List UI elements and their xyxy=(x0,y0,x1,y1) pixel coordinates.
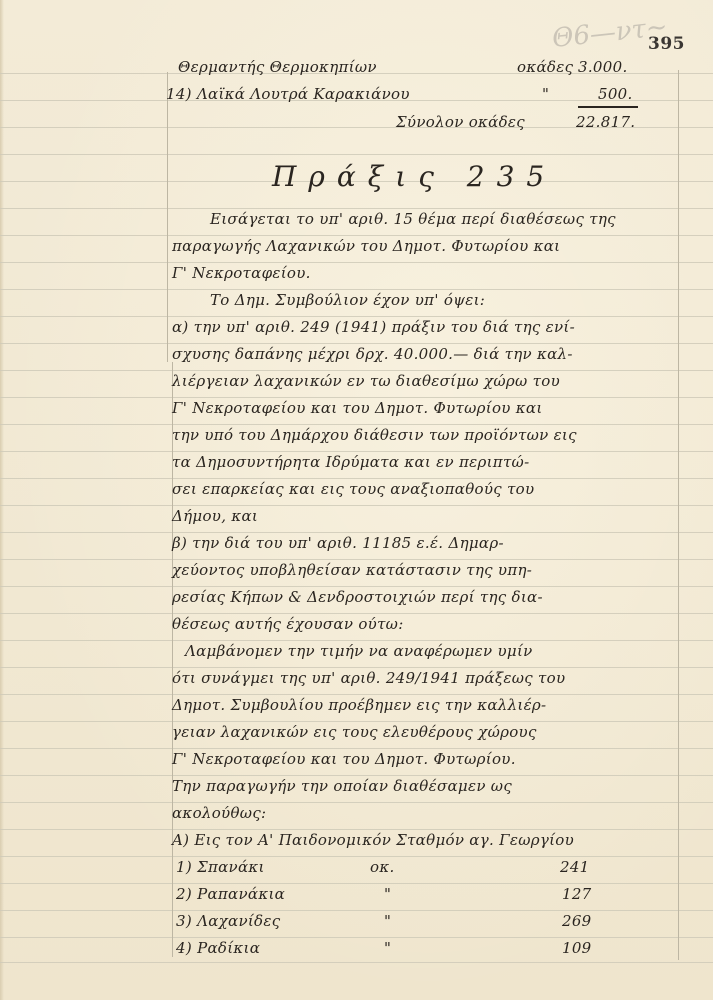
ruled-line xyxy=(0,802,713,803)
body-line: Γ' Νεκροταφείου και του Δημοτ. Φυτωρίου. xyxy=(172,750,516,768)
left-margin-line xyxy=(172,362,173,957)
list-item-label: 14) Λαϊκά Λουτρά Καρακιάνου xyxy=(166,85,410,103)
body-line: λιέργειαν λαχανικών εν τω διαθεσίμω χώρω… xyxy=(172,372,560,390)
body-line: Α) Εις τον Α' Παιδονομικόν Σταθμόν αγ. Γ… xyxy=(172,831,574,849)
total-value: 22.817. xyxy=(576,113,635,131)
list-item-unit: " xyxy=(542,85,549,103)
table-cell-name: 2) Ραπανάκια xyxy=(176,885,285,903)
page-binding-edge xyxy=(0,0,4,1000)
table-cell-value: 127 xyxy=(562,885,592,903)
act-title: Πράξις 235 xyxy=(272,160,556,193)
table-cell-unit: " xyxy=(384,939,391,957)
table-cell-unit: " xyxy=(384,885,391,903)
ruled-line xyxy=(0,478,713,479)
body-line: σει επαρκείας και εις τους αναξιοπαθούς … xyxy=(172,480,534,498)
table-cell-name: 4) Ραδίκια xyxy=(176,939,260,957)
ruled-line xyxy=(0,910,713,911)
ruled-line xyxy=(0,586,713,587)
ruled-line xyxy=(0,208,713,209)
left-margin-line xyxy=(167,72,168,362)
ruled-line xyxy=(0,640,713,641)
body-line: Την παραγωγήν την οποίαν διαθέσαμεν ως xyxy=(172,777,512,795)
body-line: α) την υπ' αριθ. 249 (1941) πράξιν του δ… xyxy=(172,318,575,336)
ruled-line xyxy=(0,775,713,776)
ruled-line xyxy=(0,154,713,155)
ruled-line xyxy=(0,370,713,371)
list-item-label: Θερμαντής Θερμοκηπίων xyxy=(178,58,377,76)
ruled-line xyxy=(0,289,713,290)
ledger-page: Θ6—ντ~ 395 Θερμαντής Θερμοκηπίων οκάδες … xyxy=(0,0,713,1000)
body-line: Δημοτ. Συμβουλίου προέβημεν εις την καλλ… xyxy=(172,696,546,714)
right-margin-line xyxy=(678,70,679,960)
table-cell-name: 3) Λαχανίδες xyxy=(176,912,280,930)
body-line: γειαν λαχανικών εις τους ελευθέρους χώρο… xyxy=(172,723,537,741)
body-line: ρεσίας Κήπων & Δενδροστοιχιών περί της δ… xyxy=(172,588,543,606)
ruled-line xyxy=(0,532,713,533)
ruled-line xyxy=(0,559,713,560)
body-line: την υπό του Δημάρχου διάθεσιν των προϊόν… xyxy=(172,426,577,444)
table-cell-value: 269 xyxy=(562,912,592,930)
total-label: Σύνολον οκάδες xyxy=(396,113,525,131)
body-line: σχυσης δαπάνης μέχρι δρχ. 40.000.— διά τ… xyxy=(172,345,573,363)
body-line: β) την διά του υπ' αριθ. 11185 ε.έ. Δημα… xyxy=(172,534,504,552)
list-item-value: 3.000. xyxy=(578,58,628,76)
page-number-stamp: 395 xyxy=(648,34,685,54)
ruled-line xyxy=(0,613,713,614)
body-line: Λαμβάνομεν την τιμήν να αναφέρωμεν υμίν xyxy=(185,642,533,660)
table-cell-value: 241 xyxy=(560,858,590,876)
ruled-line xyxy=(0,505,713,506)
table-cell-name: 1) Σπανάκι xyxy=(176,858,265,876)
body-line: ότι συνάγμει της υπ' αριθ. 249/1941 πράξ… xyxy=(172,669,565,687)
body-line: ακολούθως: xyxy=(172,804,266,822)
body-line: θέσεως αυτής έχουσαν ούτω: xyxy=(172,615,404,633)
table-cell-value: 109 xyxy=(562,939,592,957)
ruled-line xyxy=(0,962,713,963)
ruled-line xyxy=(0,667,713,668)
ruled-line xyxy=(0,883,713,884)
body-line: χεύοντος υποβληθείσαν κατάστασιν της υπη… xyxy=(172,561,532,579)
table-cell-unit: οκ. xyxy=(370,858,395,876)
sum-rule xyxy=(578,106,638,108)
ruled-line xyxy=(0,235,713,236)
body-line: Το Δημ. Συμβούλιον έχον υπ' όψει: xyxy=(210,291,485,309)
body-line: τα Δημοσυντήρητα Ιδρύματα και εν περιπτώ… xyxy=(172,453,529,471)
ruled-line xyxy=(0,424,713,425)
ruled-line xyxy=(0,262,713,263)
list-item-value: 500. xyxy=(598,85,633,103)
ruled-line xyxy=(0,451,713,452)
ruled-line xyxy=(0,721,713,722)
ruled-line xyxy=(0,397,713,398)
body-line: Γ' Νεκροταφείου και του Δημοτ. Φυτωρίου … xyxy=(172,399,543,417)
ruled-line xyxy=(0,316,713,317)
body-line: Εισάγεται το υπ' αριθ. 15 θέμα περί διαθ… xyxy=(210,210,616,228)
ruled-line xyxy=(0,343,713,344)
body-line: Δήμου, και xyxy=(172,507,258,525)
ruled-line xyxy=(0,748,713,749)
body-line: Γ' Νεκροταφείου. xyxy=(172,264,311,282)
ruled-line xyxy=(0,694,713,695)
ruled-line xyxy=(0,829,713,830)
body-line: παραγωγής Λαχανικών του Δημοτ. Φυτωρίου … xyxy=(172,237,560,255)
ruled-line xyxy=(0,856,713,857)
table-cell-unit: " xyxy=(384,912,391,930)
list-item-unit: οκάδες xyxy=(517,58,573,76)
ruled-line xyxy=(0,937,713,938)
